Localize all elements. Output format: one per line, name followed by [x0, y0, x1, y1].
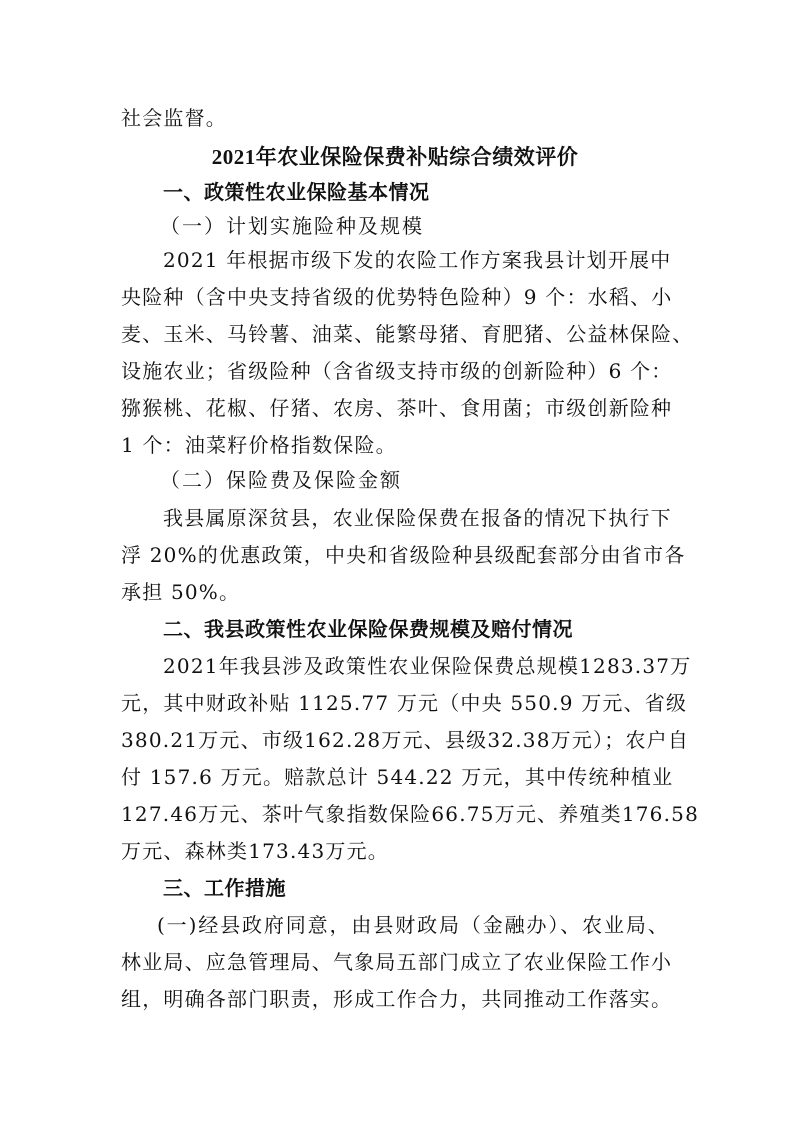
paragraph-line: 林业局、应急管理局、气象局五部门成立了农业保险工作小: [121, 950, 669, 974]
paragraph-line: 麦、玉米、马铃薯、油菜、能繁母猪、育肥猪、公益林保险、: [121, 322, 669, 346]
section-heading-1: 一、政策性农业保险基本情况: [163, 180, 430, 204]
paragraph-line: 万元、森林类173.43万元。: [121, 839, 669, 863]
paragraph-line: 猕猴桃、花椒、仔猪、农房、茶叶、食用菌；市级创新险种: [121, 396, 669, 420]
section-heading-2: 二、我县政策性农业保险保费规模及赔付情况: [163, 617, 573, 641]
paragraph-line: 付 157.6 万元。赔款总计 544.22 万元，其中传统种植业: [121, 765, 669, 789]
section-heading-3: 三、工作措施: [163, 876, 286, 900]
paragraph-line: 承担 50%。: [121, 580, 669, 604]
carryover-text: 社会监督。: [121, 106, 669, 130]
paragraph-line: 元，其中财政补贴 1125.77 万元（中央 550.9 万元、省级: [121, 691, 669, 715]
paragraph-line: 我县属原深贫县，农业保险保费在报备的情况下执行下: [163, 506, 669, 530]
subsection-heading-1-2: （二）保险费及保险金额: [160, 468, 402, 492]
paragraph-line: 380.21万元、市级162.28万元、县级32.38万元）；农户自: [121, 728, 669, 752]
paragraph-line: 央险种（含中央支持省级的优势特色险种）9 个：水稻、小: [121, 285, 669, 309]
paragraph-line: (一)经县政府同意，由县财政局（金融办）、农业局、: [157, 913, 669, 937]
document-page: 社会监督。 2021年农业保险保费补贴综合绩效评价 一、政策性农业保险基本情况 …: [0, 0, 793, 1122]
paragraph-line: 浮 20%的优惠政策，中央和省级险种县级配套部分由省市各: [121, 543, 669, 567]
paragraph-line: 组，明确各部门职责，形成工作合力，共同推动工作落实。: [121, 987, 669, 1011]
paragraph-line: 127.46万元、茶叶气象指数保险66.75万元、养殖类176.58: [121, 802, 669, 826]
document-title: 2021年农业保险保费补贴综合绩效评价: [121, 145, 669, 169]
paragraph-line: 2021年我县涉及政策性农业保险保费总规模1283.37万: [163, 654, 669, 678]
paragraph-line: 设施农业；省级险种（含省级支持市级的创新险种）6 个：: [121, 359, 669, 383]
subsection-heading-1-1: （一）计划实施险种及规模: [160, 214, 424, 238]
paragraph-line: 1 个：油菜籽价格指数保险。: [121, 433, 669, 457]
paragraph-line: 2021 年根据市级下发的农险工作方案我县计划开展中: [163, 248, 669, 272]
